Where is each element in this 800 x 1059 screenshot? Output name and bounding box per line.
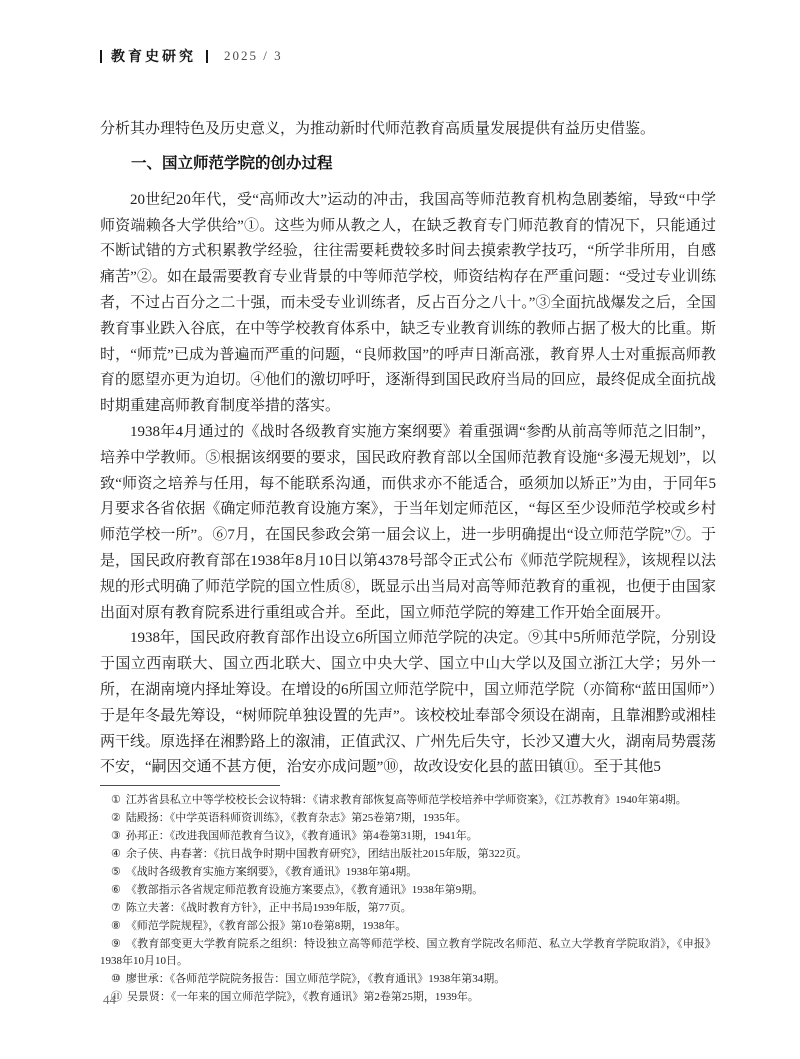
footnote-text: 《教育部变更大学教育院系之组织：特设独立高等师范学校、国立教育学院改名师范、私立… bbox=[100, 938, 716, 967]
vertical-bar-icon bbox=[206, 50, 208, 63]
document-page: 教育史研究 2025 / 3 分析其办理特色及历史意义，为推动新时代师范教育高质… bbox=[0, 0, 800, 1059]
footnote-text: 《战时各级教育实施方案纲要》，《教育通讯》1938年第4期。 bbox=[126, 866, 418, 878]
page-number: 44 bbox=[103, 992, 116, 1008]
footnote-item: ⑥《教部指示各省规定师范教育设施方案要点》，《教育通讯》1938年第9期。 bbox=[100, 882, 716, 899]
footnote-marker: ⑨ bbox=[111, 938, 121, 950]
issue-number: 2025 / 3 bbox=[224, 48, 283, 64]
footnote-item: ⑤《战时各级教育实施方案纲要》，《教育通讯》1938年第4期。 bbox=[100, 864, 716, 881]
footnote-text: 廖世承：《各师范学院院务报告：国立师范学院》，《教育通讯》1938年第34期。 bbox=[126, 973, 506, 985]
footnote-marker: ⑦ bbox=[111, 902, 121, 914]
vertical-bar-icon bbox=[100, 50, 102, 63]
footnote-text: 孙邦正：《改进我国师范教育刍议》，《教育通讯》第4卷第31期，1941年。 bbox=[126, 830, 478, 842]
footnote-marker: ⑥ bbox=[111, 884, 121, 896]
body-paragraph-2: 1938年4月通过的《战时各级教育实施方案纲要》着重强调“参酌从前高等师范之旧制… bbox=[100, 420, 716, 626]
footnote-marker: ⑤ bbox=[111, 866, 121, 878]
footnote-text: 《教部指示各省规定师范教育设施方案要点》，《教育通讯》1938年第9期。 bbox=[126, 884, 484, 896]
footnote-item: ⑧《师范学院规程》，《教育部公报》第10卷第8期，1938年。 bbox=[100, 918, 716, 935]
journal-header: 教育史研究 2025 / 3 bbox=[100, 48, 716, 64]
footnote-text: 余子侠、冉春著：《抗日战争时期中国教育研究》，团结出版社2015年版，第322页… bbox=[126, 848, 528, 860]
footnote-item: ②陆殿扬：《中学英语科师资训练》，《教育杂志》第25卷第7期，1935年。 bbox=[100, 810, 716, 827]
footnote-marker: ① bbox=[111, 794, 121, 806]
footnote-marker: ③ bbox=[111, 830, 121, 842]
footnote-item: ⑩廖世承：《各师范学院院务报告：国立师范学院》，《教育通讯》1938年第34期。 bbox=[100, 971, 716, 988]
footnote-marker: ④ bbox=[111, 848, 121, 860]
footnotes-section: ①江苏省县私立中等学校校长会议特辑：《请求教育部恢复高等师范学校培养中学师资案》… bbox=[100, 792, 716, 1006]
footnote-marker: ② bbox=[111, 812, 121, 824]
footnote-item: ⑨《教育部变更大学教育院系之组织：特设独立高等师范学校、国立教育学院改名师范、私… bbox=[100, 936, 716, 970]
footnote-item: ⑪吴景贤：《一年来的国立师范学院》，《教育通讯》第2卷第25期，1939年。 bbox=[100, 989, 716, 1006]
journal-title: 教育史研究 bbox=[111, 46, 196, 66]
intro-paragraph: 分析其办理特色及历史意义，为推动新时代师范教育高质量发展提供有益历史借鉴。 bbox=[100, 117, 716, 143]
footnote-text: 吴景贤：《一年来的国立师范学院》，《教育通讯》第2卷第25期，1939年。 bbox=[127, 991, 479, 1003]
footnote-item: ⑦陈立夫著：《战时教育方针》，正中书局1939年版，第77页。 bbox=[100, 900, 716, 917]
section-heading: 一、国立师范学院的创办过程 bbox=[100, 151, 716, 177]
footnote-item: ③孙邦正：《改进我国师范教育刍议》，《教育通讯》第4卷第31期，1941年。 bbox=[100, 828, 716, 845]
footnote-text: 陆殿扬：《中学英语科师资训练》，《教育杂志》第25卷第7期，1935年。 bbox=[126, 812, 467, 824]
footnote-marker: ⑧ bbox=[111, 920, 121, 932]
footnote-marker: ⑩ bbox=[111, 973, 121, 985]
footnote-text: 陈立夫著：《战时教育方针》，正中书局1939年版，第77页。 bbox=[126, 902, 412, 914]
footnote-item: ④余子侠、冉春著：《抗日战争时期中国教育研究》，团结出版社2015年版，第322… bbox=[100, 846, 716, 863]
footnote-text: 江苏省县私立中等学校校长会议特辑：《请求教育部恢复高等师范学校培养中学师资案》，… bbox=[126, 794, 687, 806]
body-paragraph-1: 20世纪20年代，受“高师改大”运动的冲击，我国高等师范教育机构急剧萎缩，导致“… bbox=[100, 188, 716, 420]
footnote-divider bbox=[100, 785, 280, 786]
body-paragraph-3: 1938年，国民政府教育部作出设立6所国立师范学院的决定。⑨其中5所师范学院，分… bbox=[100, 626, 716, 781]
content-column: 教育史研究 2025 / 3 分析其办理特色及历史意义，为推动新时代师范教育高质… bbox=[100, 48, 716, 1007]
footnote-item: ①江苏省县私立中等学校校长会议特辑：《请求教育部恢复高等师范学校培养中学师资案》… bbox=[100, 792, 716, 809]
footnote-text: 《师范学院规程》，《教育部公报》第10卷第8期，1938年。 bbox=[126, 920, 407, 932]
